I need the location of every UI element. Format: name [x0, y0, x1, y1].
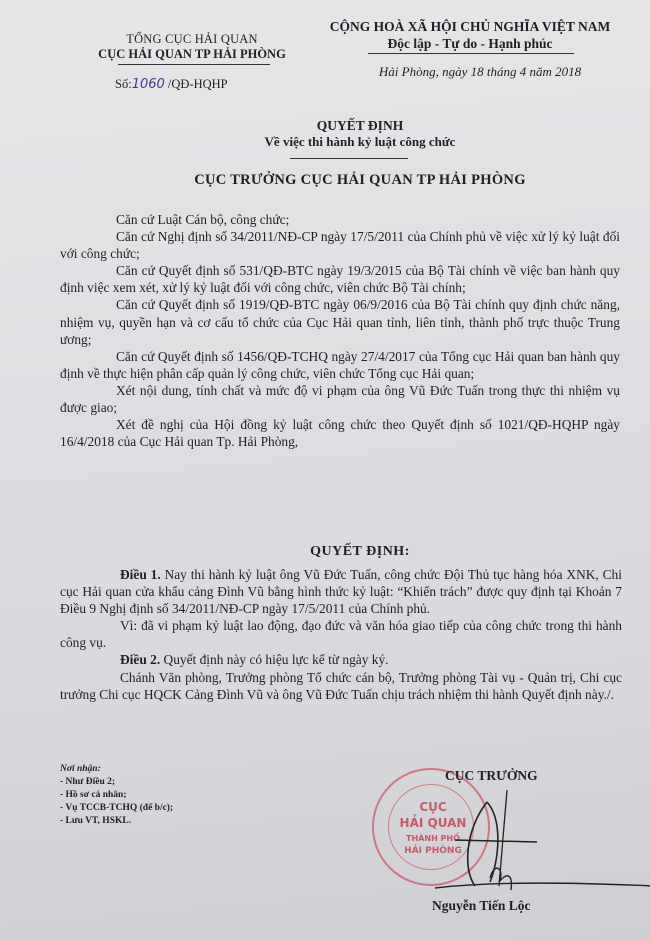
- parent-agency: TỔNG CỤC HẢI QUAN: [82, 32, 302, 47]
- recipient-item: - Như Điều 2;: [60, 776, 260, 789]
- article-1: Điều 1. Nay thi hành kỷ luật ông Vũ Đức …: [60, 566, 622, 617]
- issuing-agency-block: TỔNG CỤC HẢI QUAN CỤC HẢI QUAN TP HẢI PH…: [82, 32, 302, 62]
- country-name: CỘNG HOÀ XÃ HỘI CHỦ NGHĨA VIỆT NAM: [305, 18, 635, 35]
- recipients-list: Nơi nhận: - Như Điều 2; - Hồ sơ cá nhân;…: [60, 763, 260, 828]
- recipient-item: - Hồ sơ cá nhân;: [60, 789, 260, 802]
- responsible-parties: Chánh Văn phòng, Trưởng phòng Tổ chức cá…: [60, 669, 622, 703]
- recipient-item: - Lưu VT, HSKL.: [60, 815, 260, 828]
- place-date: Hải Phòng, ngày 18 tháng 4 năm 2018: [330, 64, 630, 80]
- divider-line: [290, 158, 408, 159]
- preamble-clause: Xét nội dung, tính chất và mức độ vi phạ…: [60, 382, 620, 416]
- preamble-clause: Căn cứ Quyết định số 1919/QĐ-BTC ngày 06…: [60, 296, 620, 347]
- national-motto: Độc lập - Tự do - Hạnh phúc: [305, 35, 635, 52]
- article-1-reason: Vì: đã vi phạm kỷ luật lao động, đạo đức…: [60, 617, 622, 651]
- recipients-heading: Nơi nhận:: [60, 763, 260, 776]
- handwritten-signature-icon: [395, 790, 650, 900]
- preamble-clause: Căn cứ Quyết định số 1456/QĐ-TCHQ ngày 2…: [60, 348, 620, 382]
- preamble-clause: Căn cứ Luật Cán bộ, công chức;: [60, 211, 620, 228]
- recipient-item: - Vụ TCCB-TCHQ (để b/c);: [60, 802, 260, 815]
- preamble-clause: Xét đề nghị của Hội đồng kỷ luật công ch…: [60, 416, 620, 450]
- preamble: Căn cứ Luật Cán bộ, công chức; Căn cứ Ng…: [60, 211, 620, 450]
- national-header: CỘNG HOÀ XÃ HỘI CHỦ NGHĨA VIỆT NAM Độc l…: [305, 18, 635, 52]
- title-heading: QUYẾT ĐỊNH: [150, 118, 570, 134]
- document-number: Số:1060 /QĐ-HQHP: [115, 77, 228, 92]
- decision-document: TỔNG CỤC HẢI QUAN CỤC HẢI QUAN TP HẢI PH…: [0, 0, 650, 940]
- divider-line: [118, 64, 270, 65]
- handwritten-number: 1060: [132, 77, 165, 92]
- issuing-authority: CỤC TRƯỞNG CỤC HẢI QUAN TP HẢI PHÒNG: [150, 172, 570, 189]
- divider-line: [368, 53, 574, 54]
- articles: Điều 1. Nay thi hành kỷ luật ông Vũ Đức …: [60, 566, 622, 703]
- signer-name: Nguyễn Tiến Lộc: [432, 898, 531, 914]
- preamble-clause: Căn cứ Nghị định số 34/2011/NĐ-CP ngày 1…: [60, 228, 620, 262]
- issuing-department: CỤC HẢI QUAN TP HẢI PHÒNG: [82, 47, 302, 62]
- document-title: QUYẾT ĐỊNH Về việc thi hành kỷ luật công…: [150, 118, 570, 150]
- title-subject: Về việc thi hành kỷ luật công chức: [150, 134, 570, 150]
- signer-title: CỤC TRƯỞNG: [445, 768, 538, 784]
- decision-heading: QUYẾT ĐỊNH:: [150, 544, 570, 560]
- article-2: Điều 2. Quyết định này có hiệu lực kể từ…: [60, 651, 622, 668]
- preamble-clause: Căn cứ Quyết định số 531/QĐ-BTC ngày 19/…: [60, 262, 620, 296]
